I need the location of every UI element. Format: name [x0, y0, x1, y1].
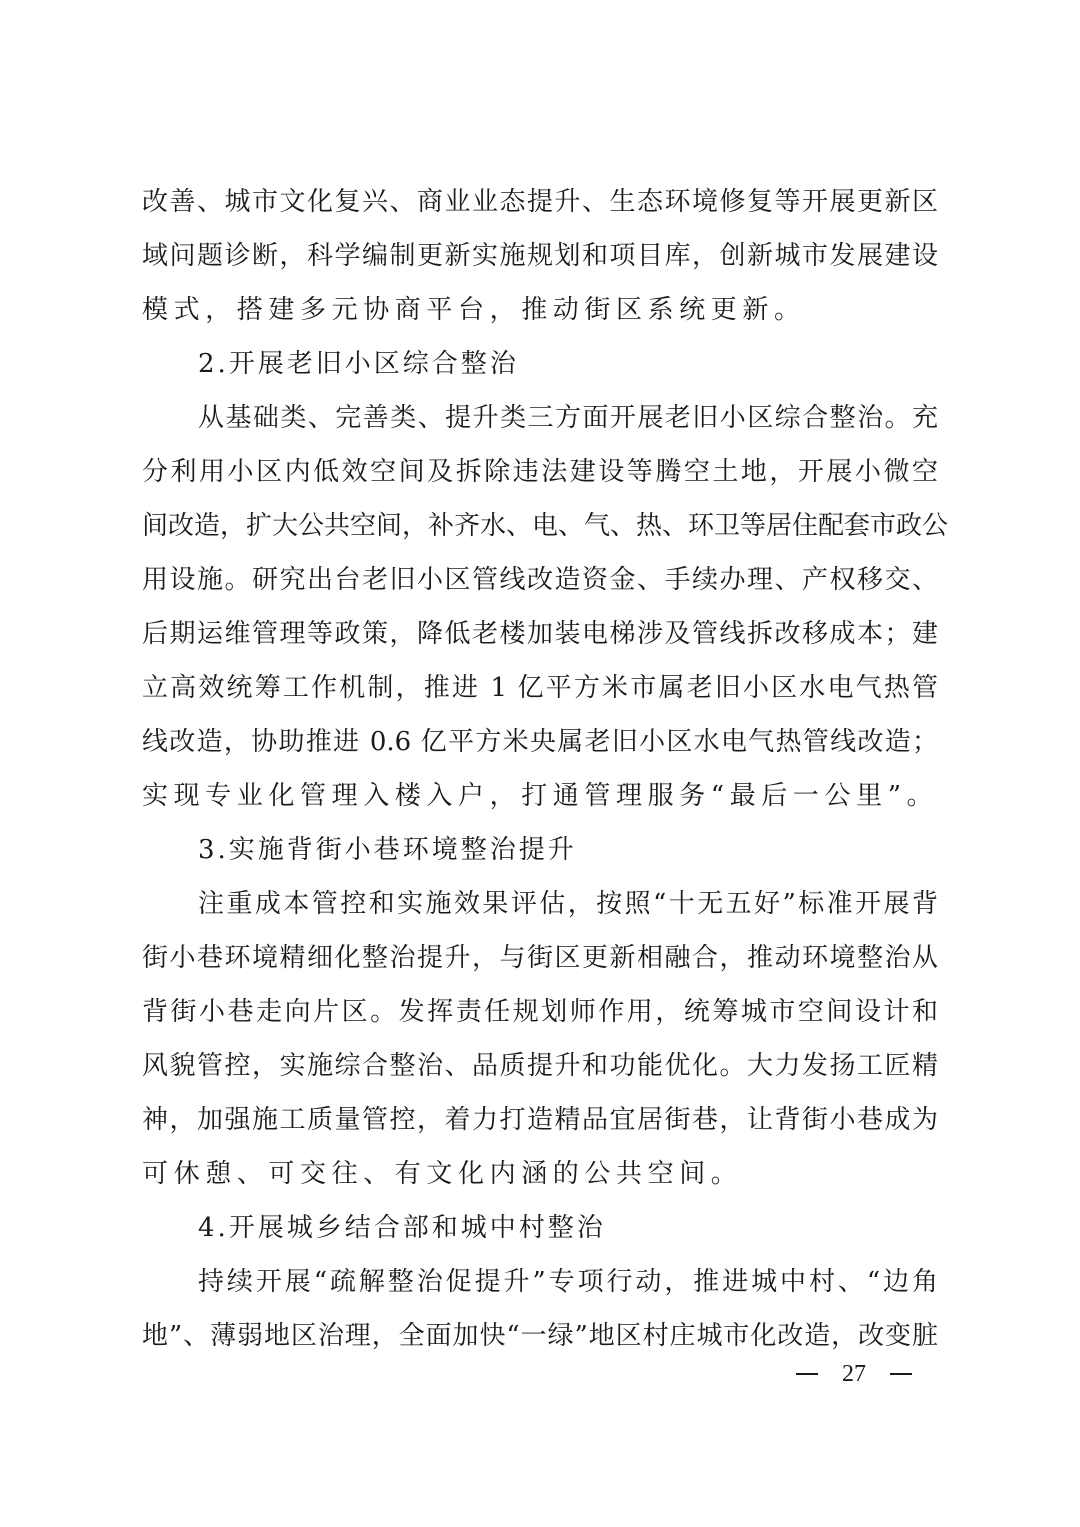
text-line: 可休憩、可交往、有文化内涵的公共空间。	[142, 1154, 938, 1194]
text-line: 神，加强施工质量管控，着力打造精品宜居街巷，让背街小巷成为	[142, 1100, 938, 1140]
text-line: 立高效统筹工作机制，推进 1 亿平方米市属老旧小区水电气热管	[142, 668, 938, 708]
document-page: 改善、城市文化复兴、商业业态提升、生态环境修复等开展更新区 域问题诊断，科学编制…	[0, 0, 1080, 1527]
paragraph-first-line: 注重成本管控和实施效果评估，按照“十无五好”标准开展背	[198, 884, 938, 924]
text-line: 改善、城市文化复兴、商业业态提升、生态环境修复等开展更新区	[142, 182, 938, 222]
text-line: 用设施。研究出台老旧小区管线改造资金、手续办理、产权移交、	[142, 560, 938, 600]
text-line: 街小巷环境精细化整治提升，与街区更新相融合，推动环境整治从	[142, 938, 938, 978]
text-line: 实现专业化管理入楼入户，打通管理服务“最后一公里”。	[142, 776, 938, 816]
text-line: 分利用小区内低效空间及拆除违法建设等腾空土地，开展小微空	[142, 452, 938, 492]
text-line: 模式，搭建多元协商平台，推动街区系统更新。	[142, 290, 938, 330]
section-heading: 3.实施背街小巷环境整治提升	[198, 830, 938, 870]
text-line: 域问题诊断，科学编制更新实施规划和项目库，创新城市发展建设	[142, 236, 938, 276]
dash-right	[890, 1373, 912, 1375]
text-line: 间改造，扩大公共空间，补齐水、电、气、热、环卫等居住配套市政公	[142, 506, 938, 546]
text-line: 风貌管控，实施综合整治、品质提升和功能优化。大力发扬工匠精	[142, 1046, 938, 1086]
paragraph-first-line: 从基础类、完善类、提升类三方面开展老旧小区综合整治。充	[198, 398, 938, 438]
dash-left	[796, 1373, 818, 1375]
section-heading: 2.开展老旧小区综合整治	[198, 344, 938, 384]
text-line: 线改造，协助推进 0.6 亿平方米央属老旧小区水电气热管线改造；	[142, 722, 938, 762]
text-line: 后期运维管理等政策，降低老楼加装电梯涉及管线拆改移成本；建	[142, 614, 938, 654]
section-heading: 4.开展城乡结合部和城中村整治	[198, 1208, 938, 1248]
text-line: 背街小巷走向片区。发挥责任规划师作用，统筹城市空间设计和	[142, 992, 938, 1032]
paragraph-first-line: 持续开展“疏解整治促提升”专项行动，推进城中村、“边角	[198, 1262, 938, 1302]
page-number: 27	[796, 1356, 912, 1392]
page-number-value: 27	[842, 1356, 866, 1392]
text-line: 地”、薄弱地区治理，全面加快“一绿”地区村庄城市化改造，改变脏	[142, 1316, 938, 1356]
